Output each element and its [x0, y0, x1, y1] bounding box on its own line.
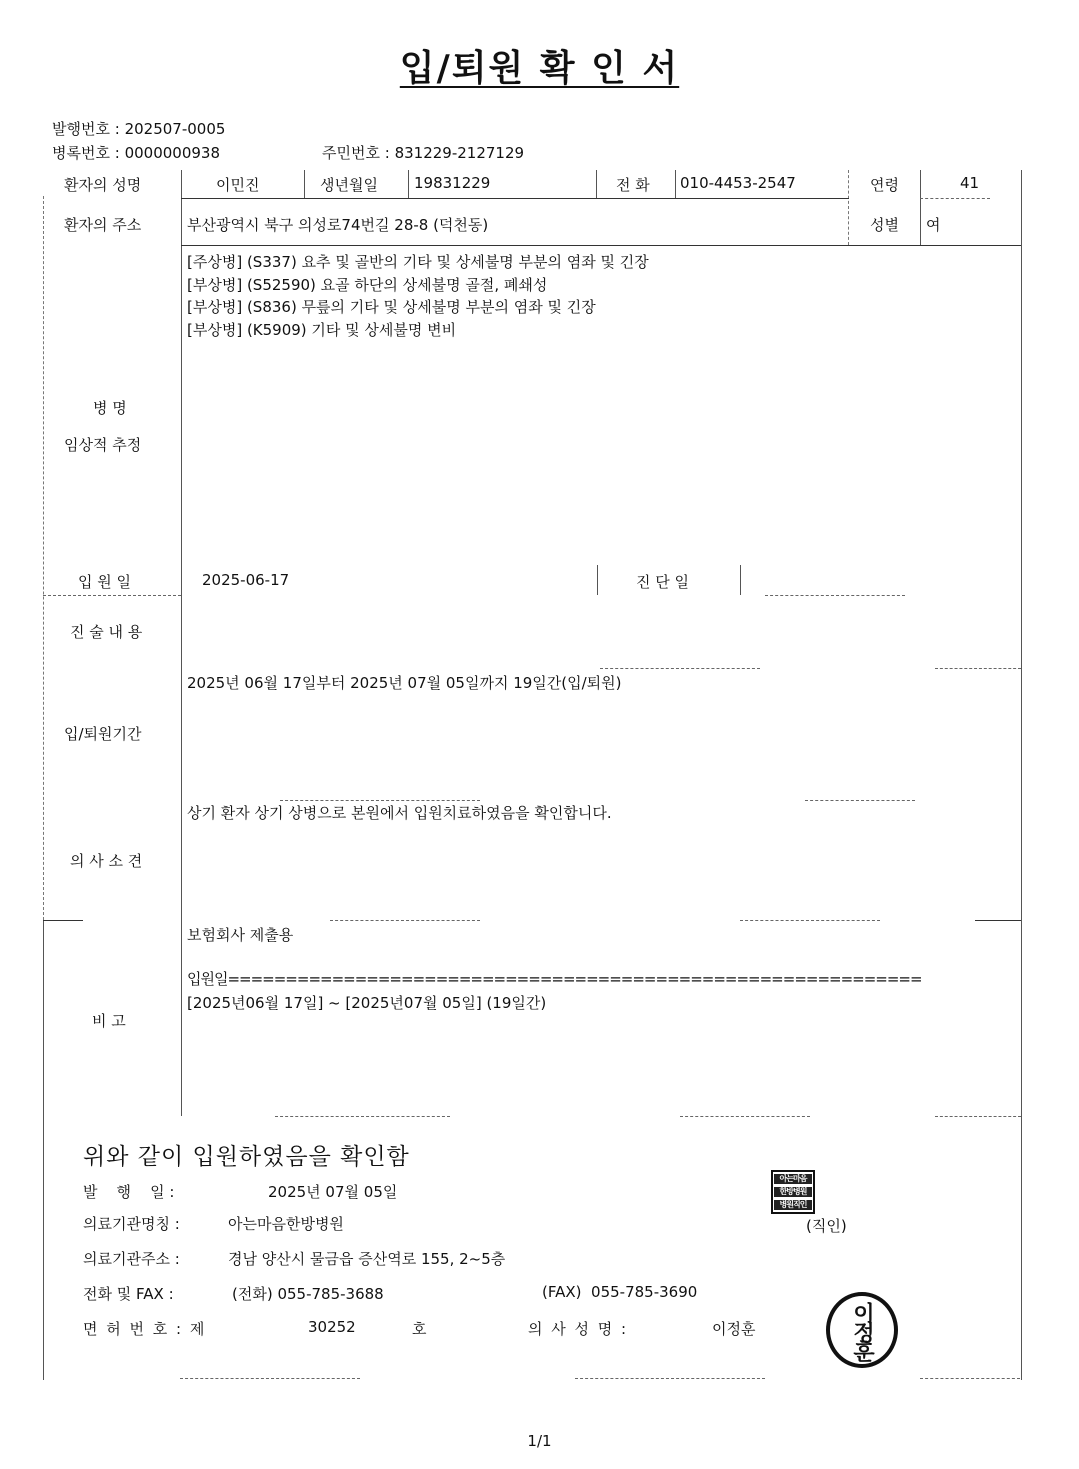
chart-number-label: 병록번호 :	[52, 144, 120, 162]
birth-divider	[408, 170, 409, 198]
age-value: 41	[960, 174, 979, 192]
diag-date-divider-2	[740, 565, 741, 595]
institution-address-value: 경남 양산시 물금읍 증산역로 155, 2~5층	[228, 1248, 505, 1269]
row-line-3	[43, 595, 181, 596]
row-line-5	[280, 800, 480, 801]
row-line-6c	[740, 920, 880, 921]
row-line-6b	[330, 920, 480, 921]
table-left-border	[43, 196, 44, 920]
document-title: 입/퇴원 확 인 서	[0, 40, 1079, 91]
resident-number: 주민번호 : 831229-2127129	[322, 142, 524, 163]
institution-address-label: 의료기관주소 :	[83, 1248, 180, 1269]
license-label: 면 허 번 호 : 제	[83, 1318, 206, 1339]
chart-number: 병록번호 : 0000000938	[52, 142, 220, 163]
row-line-4b	[935, 668, 1021, 669]
seal-line: 한방병원	[774, 1187, 812, 1197]
period-label: 입/퇴원기간	[64, 723, 142, 744]
diagnosis-list: [주상병] (S337) 요추 및 골반의 기타 및 상세불명 부분의 염좌 및…	[187, 251, 649, 341]
diag-date-divider-1	[597, 565, 598, 595]
row-line-7c	[935, 1116, 1021, 1117]
resident-number-value: 831229-2127129	[395, 144, 524, 162]
address-label: 환자의 주소	[64, 214, 141, 235]
footer-left-border	[43, 920, 44, 1380]
phone-label: 전 화	[616, 174, 650, 195]
seal-line: 병원직인	[774, 1200, 812, 1210]
diagnosis-item: [주상병] (S337) 요추 및 골반의 기타 및 상세불명 부분의 염좌 및…	[187, 251, 649, 274]
phone-label-divider	[596, 170, 597, 198]
bottom-line-1	[180, 1378, 360, 1379]
birth-label: 생년월일	[320, 174, 378, 195]
opinion-text: 상기 환자 상기 상병으로 본원에서 입원치료하였음을 확인합니다.	[187, 802, 612, 823]
diagnosis-label: 병 명	[93, 397, 127, 418]
sex-label: 성별	[870, 214, 899, 235]
row-line-6	[43, 920, 83, 921]
sex-value: 여	[926, 214, 941, 235]
issue-number-value: 202507-0005	[125, 120, 226, 138]
row-line-7b	[680, 1116, 810, 1117]
diagnosis-item: [부상병] (K5909) 기타 및 상세불명 변비	[187, 319, 649, 342]
remarks-line-2: 입원일=====================================…	[187, 968, 922, 989]
hospital-seal-stamp: 아는마음 한방병원 병원직인	[771, 1170, 815, 1214]
diagnosis-date-label: 진 단 일	[636, 571, 689, 592]
label-column-divider	[181, 170, 182, 1116]
hospital-fax: (FAX) 055-785-3690	[542, 1283, 697, 1301]
resident-number-label: 주민번호 :	[322, 144, 390, 162]
remarks-line-1: 보험회사 제출용	[187, 924, 293, 945]
address-value: 부산광역시 북구 의성로74번길 28-8 (덕천동)	[187, 214, 488, 235]
row-line-6d	[975, 920, 1021, 921]
patient-name-label: 환자의 성명	[64, 174, 141, 195]
remarks-label: 비 고	[92, 1010, 126, 1031]
chart-number-value: 0000000938	[125, 144, 220, 162]
table-right-border	[1021, 170, 1022, 1380]
period-text: 2025년 06월 17일부터 2025년 07월 05일까지 19일간(입/퇴…	[187, 672, 622, 693]
license-suffix: 호	[412, 1318, 427, 1339]
row-line-1	[181, 198, 849, 199]
row-line-4	[600, 668, 760, 669]
clinical-estimate-label: 임상적 추정	[64, 434, 141, 455]
admit-date-label: 입 원 일	[78, 571, 131, 592]
license-number: 30252	[308, 1318, 356, 1336]
age-label-divider	[848, 170, 849, 245]
phone-divider	[675, 170, 676, 198]
institution-name-value: 아는마음한방병원	[228, 1213, 344, 1234]
birth-value: 19831229	[414, 174, 490, 192]
doctor-seal-text: 이정훈	[847, 1302, 878, 1359]
patient-name: 이민진	[216, 174, 259, 195]
row-line-5b	[805, 800, 915, 801]
page-number: 1/1	[0, 1432, 1079, 1450]
issue-date-label: 발 행 일 :	[83, 1181, 174, 1202]
bottom-line-3	[920, 1378, 1020, 1379]
hospital-phone: (전화) 055-785-3688	[232, 1283, 384, 1304]
age-label: 연령	[870, 174, 899, 195]
doctor-seal-stamp: 이정훈	[826, 1292, 898, 1368]
bottom-line-2	[575, 1378, 765, 1379]
document-title-text: 입/퇴원 확 인 서	[400, 48, 679, 89]
doctor-name: 이정훈	[712, 1318, 755, 1339]
opinion-label: 의 사 소 견	[70, 850, 142, 871]
remarks-line-3: [2025년06월 17일] ~ [2025년07월 05일] (19일간)	[187, 992, 546, 1013]
row-line-1b	[920, 198, 990, 199]
diagnosis-item: [부상병] (S52590) 요골 하단의 상세불명 골절, 폐쇄성	[187, 274, 649, 297]
age-divider	[920, 170, 921, 245]
seal-label: (직인)	[806, 1215, 847, 1236]
admit-date-value: 2025-06-17	[202, 571, 289, 589]
row-line-3b	[765, 595, 905, 596]
name-divider	[304, 170, 305, 198]
seal-line: 아는마음	[774, 1174, 812, 1184]
row-line-7	[275, 1116, 450, 1117]
statement-label: 진 술 내 용	[70, 621, 142, 642]
diagnosis-item: [부상병] (S836) 무릎의 기타 및 상세불명 부분의 염좌 및 긴장	[187, 296, 649, 319]
issue-date-value: 2025년 07월 05일	[268, 1181, 397, 1202]
phone-value: 010-4453-2547	[680, 174, 796, 192]
institution-name-label: 의료기관명칭 :	[83, 1213, 180, 1234]
phone-fax-label: 전화 및 FAX :	[83, 1283, 174, 1304]
issue-number: 발행번호 : 202507-0005	[52, 118, 225, 139]
issue-number-label: 발행번호 :	[52, 120, 120, 138]
doctor-label: 의 사 성 명 :	[528, 1318, 628, 1339]
row-line-2	[181, 245, 1021, 246]
confirmation-statement: 위와 같이 입원하였음을 확인함	[83, 1138, 410, 1171]
